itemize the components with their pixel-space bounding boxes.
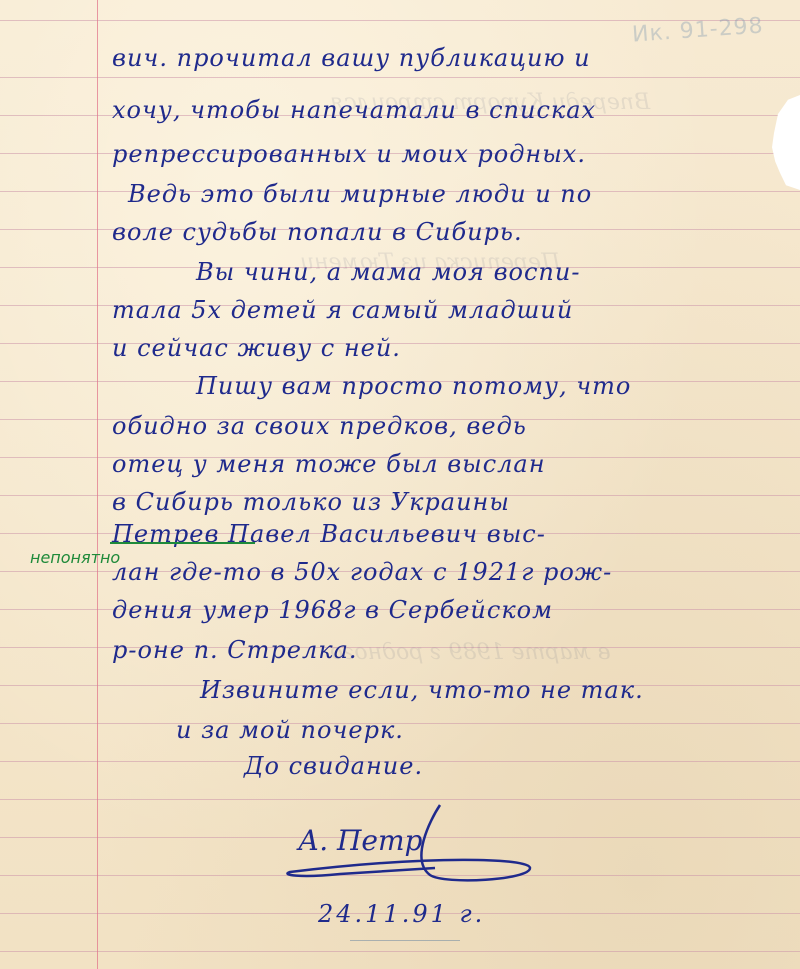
signature: А. Петр: [280, 800, 580, 900]
letter-line: Вы чини, а мама моя воспи-: [196, 258, 580, 286]
letter-line: лан где-то в 50х годах с 1921г рож-: [112, 558, 612, 586]
letter-page: Впереди Курорт строился Переписка из Тюм…: [0, 0, 800, 969]
letter-line: и сейчас живу с ней.: [112, 334, 401, 362]
letter-line: обидно за своих предков, ведь: [112, 412, 527, 440]
date-underline: [350, 940, 460, 941]
letter-line: До свидание.: [244, 752, 423, 780]
letter-line: вич. прочитал вашу публикацию и: [112, 44, 591, 72]
letter-line: Пишу вам просто потому, что: [196, 372, 631, 400]
margin-line: [97, 0, 98, 969]
letter-line: Извините если, что-то не так.: [200, 676, 644, 704]
letter-line: Ведь это были мирные люди и по: [128, 180, 592, 208]
letter-line: отец у меня тоже был выслан: [112, 450, 546, 478]
letter-line: тала 5х детей я самый младший: [112, 296, 573, 324]
letter-date: 24.11.91 г.: [318, 900, 485, 928]
bleed-through-text: в марте 1989 г родного: [330, 640, 611, 665]
surname-underline: [110, 542, 255, 544]
letter-line: репрессированных и моих родных.: [112, 140, 586, 168]
letter-line: воле судьбы попали в Сибирь.: [112, 218, 523, 246]
signature-text: А. Петр: [296, 824, 423, 857]
margin-note: непонятно: [30, 548, 120, 567]
letter-line: хочу, чтобы напечатали в списках: [112, 96, 596, 124]
letter-line: р-оне п. Стрелка.: [112, 636, 358, 664]
letter-line: и за мой почерк.: [176, 716, 404, 744]
letter-line: в Сибирь только из Украины: [112, 488, 510, 516]
letter-line: дения умер 1968г в Сербейском: [112, 596, 553, 624]
